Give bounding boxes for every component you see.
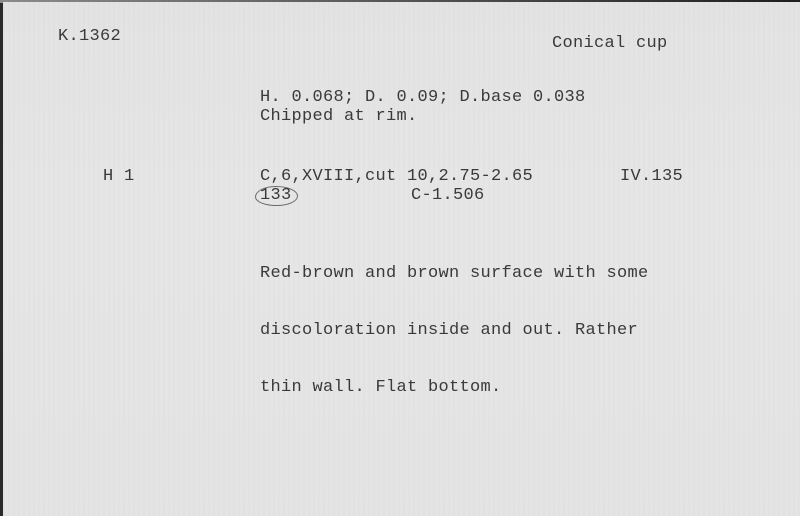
photo-reference: C-1.506 [411, 186, 485, 205]
level-label: H 1 [103, 167, 135, 186]
circled-number: 133 [255, 186, 298, 206]
description: Red-brown and brown surface with some di… [260, 226, 649, 435]
description-line: discoloration inside and out. Rather [260, 321, 649, 340]
description-line: thin wall. Flat bottom. [260, 378, 649, 397]
description-line: Red-brown and brown surface with some [260, 264, 649, 283]
catalog-number: K.1362 [58, 27, 121, 46]
dimensions: H. 0.068; D. 0.09; D.base 0.038 [260, 88, 586, 107]
catalog-card: K.1362 Conical cup H. 0.068; D. 0.09; D.… [3, 2, 800, 516]
object-name: Conical cup [552, 34, 668, 53]
volume-reference: IV.135 [620, 167, 683, 186]
condition-note: Chipped at rim. [260, 107, 418, 126]
findspot: C,6,XVIII,cut 10,2.75-2.65 [260, 167, 533, 186]
